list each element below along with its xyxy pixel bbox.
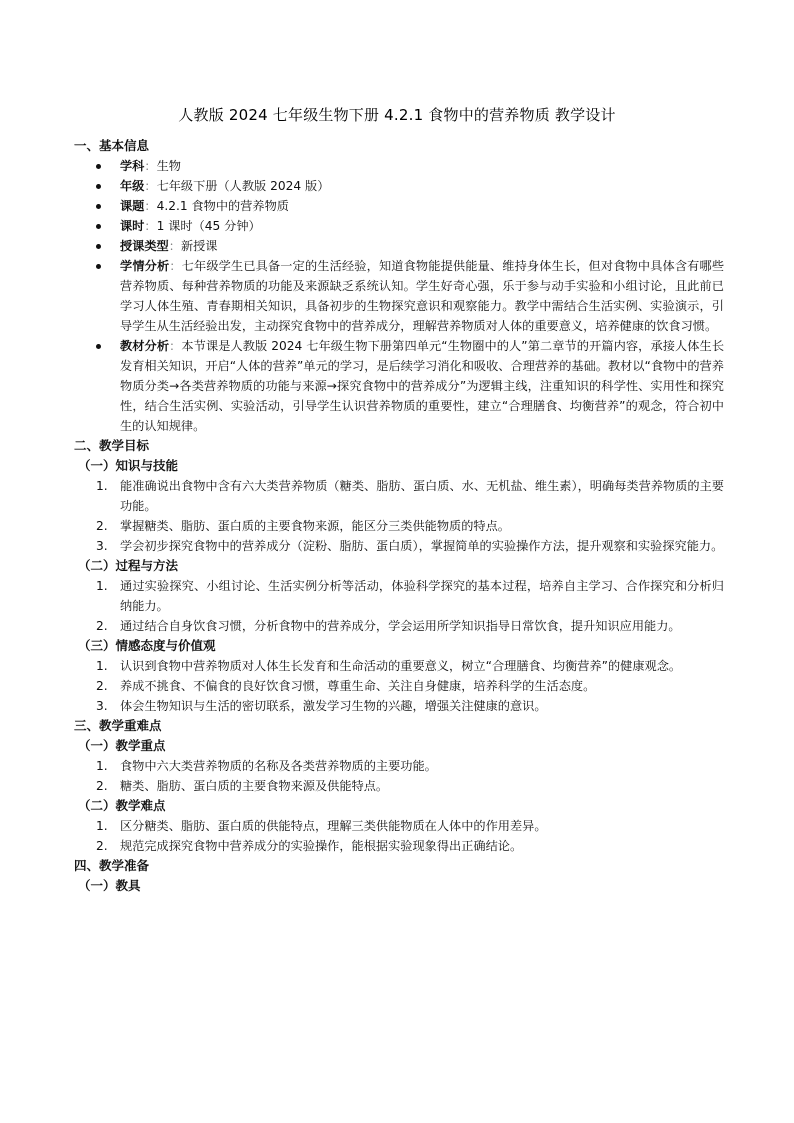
item-text: 通过结合自身饮食习惯，分析食物中的营养成分，学会运用所学知识指导日常饮食，提升知… [120,619,681,633]
item-text: 掌握糖类、脂肪、蛋白质的主要食物来源，能区分三类供能物质的特点。 [120,519,510,533]
list-item: 2.掌握糖类、脂肪、蛋白质的主要食物来源，能区分三类供能物质的特点。 [74,516,724,536]
document-body: 一、基本信息 学科：生物 年级：七年级下册（人教版 2024 版） 课题：4.2… [74,136,724,896]
item-text: 糖类、脂肪、蛋白质的主要食物来源及供能特点。 [120,779,388,793]
item-text: 区分糖类、脂肪、蛋白质的供能特点，理解三类供能物质在人体中的作用差异。 [120,819,547,833]
document-title: 人教版 2024 七年级生物下册 4.2.1 食物中的营养物质 教学设计 [0,104,794,125]
item-number: 1. [96,816,108,836]
item-number: 1. [96,576,108,596]
item-text: 养成不挑食、不偏食的良好饮食习惯，尊重生命、关注自身健康，培养科学的生活态度。 [120,679,595,693]
bullet-icon [96,244,101,249]
numbered-list: 1.能准确说出食物中含有六大类营养物质（糖类、脂肪、蛋白质、水、无机盐、维生素）… [74,476,724,556]
numbered-list: 1.区分糖类、脂肪、蛋白质的供能特点，理解三类供能物质在人体中的作用差异。 2.… [74,816,724,856]
item-value: 七年级下册（人教版 2024 版） [157,179,330,193]
basic-info-list: 学科：生物 年级：七年级下册（人教版 2024 版） 课题：4.2.1 食物中的… [74,156,724,436]
item-text: 通过实验探究、小组讨论、生活实例分析等活动，体验科学探究的基本过程，培养自主学习… [120,579,724,613]
subsection-heading: （二）过程与方法 [78,556,724,576]
item-separator: ： [169,239,181,253]
item-separator: ： [169,339,181,353]
item-separator: ： [144,179,156,193]
section-heading-basic-info: 一、基本信息 [74,136,724,156]
bullet-icon [96,204,101,209]
item-number: 2. [96,516,108,536]
list-item: 学科：生物 [74,156,724,176]
list-item: 1.认识到食物中营养物质对人体生长发育和生命活动的重要意义，树立“合理膳食、均衡… [74,656,724,676]
list-item: 3.学会初步探究食物中的营养成分（淀粉、脂肪、蛋白质），掌握简单的实验操作方法，… [74,536,724,556]
list-item: 1.通过实验探究、小组讨论、生活实例分析等活动，体验科学探究的基本过程，培养自主… [74,576,724,616]
numbered-list: 1.认识到食物中营养物质对人体生长发育和生命活动的重要意义，树立“合理膳食、均衡… [74,656,724,716]
item-number: 1. [96,656,108,676]
item-number: 2. [96,776,108,796]
item-text: 认识到食物中营养物质对人体生长发育和生命活动的重要意义，树立“合理膳食、均衡营养… [120,659,681,673]
item-value: 新授课 [181,239,218,253]
item-value: 4.2.1 食物中的营养物质 [157,199,289,213]
item-value: 生物 [157,159,181,173]
item-separator: ： [144,219,156,233]
list-item: 课题：4.2.1 食物中的营养物质 [74,196,724,216]
item-value: 1 课时（45 分钟） [157,219,261,233]
item-key: 学情分析 [120,259,169,273]
bullet-icon [96,344,101,349]
list-item: 1.能准确说出食物中含有六大类营养物质（糖类、脂肪、蛋白质、水、无机盐、维生素）… [74,476,724,516]
subsection-heading: （二）教学难点 [78,796,724,816]
bullet-icon [96,164,101,169]
item-key: 授课类型 [120,239,169,253]
list-item: 3.体会生物知识与生活的密切联系，激发学习生物的兴趣，增强关注健康的意识。 [74,696,724,716]
list-item: 教材分析：本节课是人教版 2024 七年级生物下册第四单元“生物圈中的人”第二章… [74,336,724,436]
item-text: 体会生物知识与生活的密切联系，激发学习生物的兴趣，增强关注健康的意识。 [120,699,547,713]
item-key: 课时 [120,219,144,233]
item-key: 教材分析 [120,339,169,353]
item-value: 本节课是人教版 2024 七年级生物下册第四单元“生物圈中的人”第二章节的开篇内… [120,339,724,433]
subsection-heading: （一）教学重点 [78,736,724,756]
list-item: 2.糖类、脂肪、蛋白质的主要食物来源及供能特点。 [74,776,724,796]
item-value: 七年级学生已具备一定的生活经验，知道食物能提供能量、维持身体生长，但对食物中具体… [120,259,724,333]
bullet-icon [96,184,101,189]
item-number: 1. [96,476,108,496]
item-number: 3. [96,536,108,556]
item-separator: ： [144,199,156,213]
list-item: 授课类型：新授课 [74,236,724,256]
list-item: 2.规范完成探究食物中营养成分的实验操作，能根据实验现象得出正确结论。 [74,836,724,856]
item-text: 能准确说出食物中含有六大类营养物质（糖类、脂肪、蛋白质、水、无机盐、维生素），明… [120,479,724,513]
item-number: 2. [96,836,108,856]
subsection-heading: （一）知识与技能 [78,456,724,476]
subsection-heading: （一）教具 [78,876,724,896]
section-heading-key-points: 三、教学重难点 [74,716,724,736]
list-item: 课时：1 课时（45 分钟） [74,216,724,236]
bullet-icon [96,264,101,269]
numbered-list: 1.食物中六大类营养物质的名称及各类营养物质的主要功能。 2.糖类、脂肪、蛋白质… [74,756,724,796]
item-text: 食物中六大类营养物质的名称及各类营养物质的主要功能。 [120,759,437,773]
item-number: 3. [96,696,108,716]
list-item: 1.食物中六大类营养物质的名称及各类营养物质的主要功能。 [74,756,724,776]
item-number: 1. [96,756,108,776]
section-heading-objectives: 二、教学目标 [74,436,724,456]
subsection-heading: （三）情感态度与价值观 [78,636,724,656]
item-key: 课题 [120,199,144,213]
numbered-list: 1.通过实验探究、小组讨论、生活实例分析等活动，体验科学探究的基本过程，培养自主… [74,576,724,636]
item-key: 年级 [120,179,144,193]
item-separator: ： [169,259,181,273]
list-item: 2.养成不挑食、不偏食的良好饮食习惯，尊重生命、关注自身健康，培养科学的生活态度… [74,676,724,696]
bullet-icon [96,224,101,229]
document-page: 人教版 2024 七年级生物下册 4.2.1 食物中的营养物质 教学设计 一、基… [0,0,794,1123]
item-key: 学科 [120,159,144,173]
list-item: 学情分析：七年级学生已具备一定的生活经验，知道食物能提供能量、维持身体生长，但对… [74,256,724,336]
list-item: 年级：七年级下册（人教版 2024 版） [74,176,724,196]
item-number: 2. [96,616,108,636]
item-separator: ： [144,159,156,173]
item-text: 学会初步探究食物中的营养成分（淀粉、脂肪、蛋白质），掌握简单的实验操作方法，提升… [120,539,723,553]
item-text: 规范完成探究食物中营养成分的实验操作，能根据实验现象得出正确结论。 [120,839,522,853]
list-item: 1.区分糖类、脂肪、蛋白质的供能特点，理解三类供能物质在人体中的作用差异。 [74,816,724,836]
list-item: 2.通过结合自身饮食习惯，分析食物中的营养成分，学会运用所学知识指导日常饮食，提… [74,616,724,636]
section-heading-preparation: 四、教学准备 [74,856,724,876]
item-number: 2. [96,676,108,696]
